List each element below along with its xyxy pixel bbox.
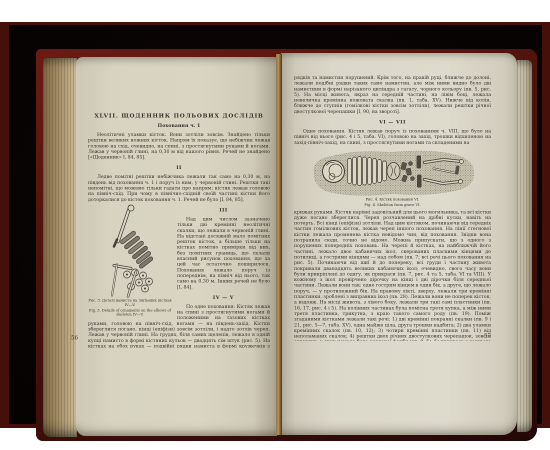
chapter-title: XLVII. ЩОДЕННИК ПОЛЬОВИХ ДОСЛІДІВ [88,112,270,119]
bones-ornament-drawing-icon [88,204,172,297]
figure-skeleton: Рис. 4. Кістяк поховання VI. Fig. 4. Ske… [308,147,478,207]
figure-bones: Рис. 3. Деталі намиста на ліктьових кіст… [88,204,172,317]
book-gutter [276,54,282,435]
paragraph: Неолітичні уламки кісток. Вони зотліли з… [88,132,270,160]
paragraph: рядків та намистин порушений. Крім того,… [294,75,491,115]
paragraph: Ледве помітні рештки небіжчика лежали та… [88,174,270,202]
right-page-text: рядків та намистин порушений. Крім того,… [294,75,492,341]
left-page-text: XLVII. ЩОДЕННИК ПОЛЬОВИХ ДОСЛІДІВ Похова… [88,112,270,348]
figure-caption-en: Fig. 3. Details of ornaments on the elbo… [88,308,172,317]
section-heading-ii: II [88,165,270,171]
left-page-edges [43,58,77,437]
paragraph: Одне поховання. Кістяк лежав поруч із по… [294,129,491,146]
skeleton-drawing-icon [308,147,478,196]
figure-caption-ua: Рис. 3. Деталі намиста на ліктьових кіст… [88,298,172,307]
page-number-left: 56 [71,335,78,341]
chapter-subtitle: Поховання ч. 1 [88,123,270,129]
paragraph: крижах руками. Кістяк нарівні задовільни… [294,209,491,341]
section-heading-vi-vii: VI — VII [294,120,491,126]
right-page-edges [517,60,532,432]
figure-caption-ua: Рис. 4. Кістяк поховання VI. [308,197,478,201]
page: { "colors": { "letterbox": "#ffffff", "p… [0,0,550,450]
page-number-right: 57 [484,333,491,339]
figure-caption-en: Fig. 4. Skeleton from grave VI. [308,203,478,207]
